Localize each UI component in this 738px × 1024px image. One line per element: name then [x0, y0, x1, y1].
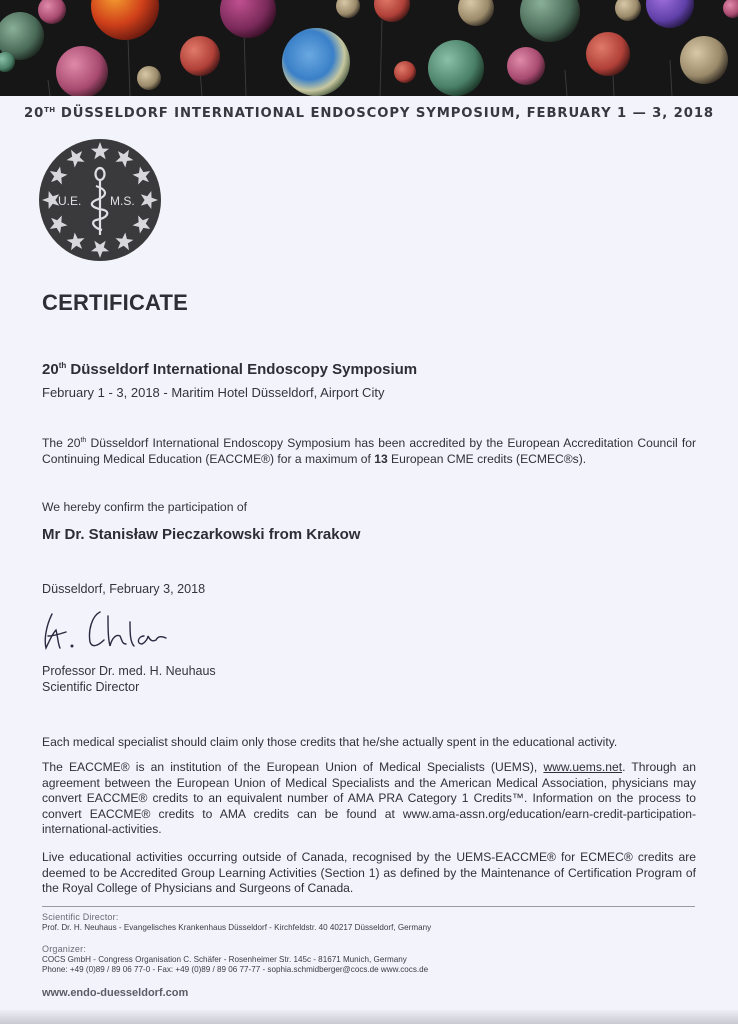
accreditation-text-end: European CME credits (ECMEC®s).	[388, 452, 586, 466]
scientific-director-text: Prof. Dr. H. Neuhaus - Evangelisches Kra…	[42, 923, 431, 932]
organizer-label: Organizer:	[42, 944, 86, 954]
symposium-header: 20TH DÜSSELDORF INTERNATIONAL ENDOSCOPY …	[0, 106, 738, 121]
event-title: 20th Düsseldorf International Endoscopy …	[42, 361, 417, 378]
accreditation-paragraph: The 20th Düsseldorf International Endosc…	[42, 433, 696, 467]
canada-note: Live educational activities occurring ou…	[42, 850, 696, 897]
claim-note: Each medical specialist should claim onl…	[42, 735, 696, 751]
event-suffix: th	[59, 361, 67, 370]
certificate-title: CERTIFICATE	[42, 290, 188, 316]
header-text: DÜSSELDORF INTERNATIONAL ENDOSCOPY SYMPO…	[61, 106, 714, 121]
header-ordinal-number: 20	[24, 106, 44, 121]
signature-icon	[38, 604, 178, 656]
logo-text-left: U.E.	[58, 194, 81, 208]
uems-emblem-icon: U.E. M.S.	[38, 138, 162, 262]
footer-divider	[42, 906, 695, 907]
participant-name: Mr Dr. Stanisław Pieczarkowski from Krak…	[42, 526, 360, 543]
decorative-spheres-icon	[0, 0, 738, 96]
organizer-address: COCS GmbH - Congress Organisation C. Sch…	[42, 955, 407, 964]
accreditation-text: Düsseldorf International Endoscopy Sympo…	[42, 436, 696, 466]
accreditation-prefix: The	[42, 436, 67, 450]
signer-role: Scientific Director	[42, 680, 139, 694]
organizer-contact: Phone: +49 (0)89 / 89 06 77-0 - Fax: +49…	[42, 965, 428, 974]
event-number: 20	[42, 361, 59, 378]
logo-text-right: M.S.	[110, 194, 135, 208]
event-details: February 1 - 3, 2018 - Maritim Hotel Düs…	[42, 385, 384, 400]
signature	[38, 604, 178, 656]
confirm-text: We hereby confirm the participation of	[42, 500, 247, 514]
uems-logo: U.E. M.S.	[38, 138, 162, 262]
scientific-director-label: Scientific Director:	[42, 912, 119, 922]
paper-edge-shadow	[0, 1010, 738, 1024]
header-banner-image	[0, 0, 738, 96]
website-link[interactable]: www.endo-duesseldorf.com	[42, 987, 188, 999]
uems-link[interactable]: www.uems.net	[543, 760, 622, 774]
accreditation-number: 20	[67, 436, 80, 450]
signer-name: Professor Dr. med. H. Neuhaus	[42, 664, 216, 678]
header-ordinal-suffix: TH	[44, 106, 55, 114]
cme-credits-count: 13	[374, 452, 387, 466]
eaccme-note: The EACCME® is an institution of the Eur…	[42, 760, 696, 838]
place-date: Düsseldorf, February 3, 2018	[42, 582, 205, 596]
event-name: Düsseldorf International Endoscopy Sympo…	[70, 361, 417, 378]
eaccme-text: The EACCME® is an institution of the Eur…	[42, 760, 543, 774]
